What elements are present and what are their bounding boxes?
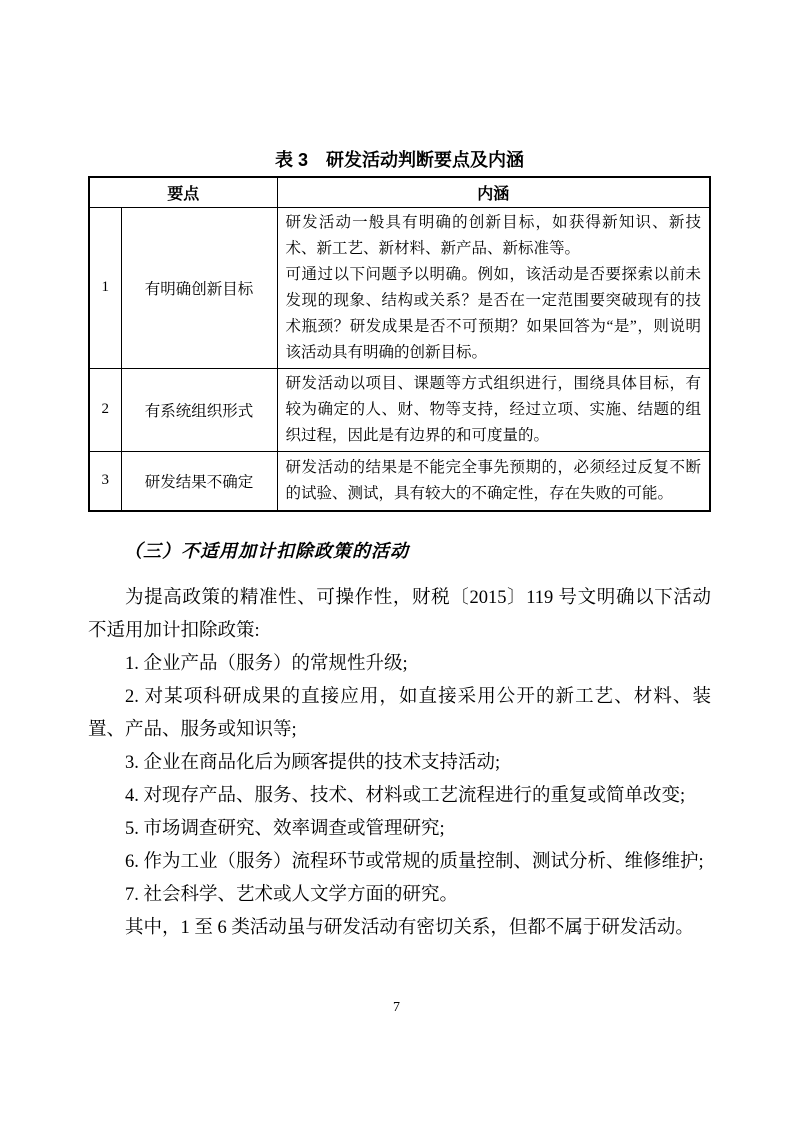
row-number: 1 <box>89 207 121 368</box>
page-content: 表 3 研发活动判断要点及内涵 要点 内涵 1 有明确创新目标 研发活动一般具有… <box>0 0 793 945</box>
closing-note: 其中，1 至 6 类活动虽与研发活动有密切关系，但都不属于研发活动。 <box>88 912 711 945</box>
list-item-2: 2. 对某项科研成果的直接应用，如直接采用公开的新工艺、材料、装置、产品、服务或… <box>88 681 711 747</box>
page-number: 7 <box>0 1000 793 1016</box>
row-number: 3 <box>89 451 121 511</box>
table-row: 1 有明确创新目标 研发活动一般具有明确的创新目标，如获得新知识、新技术、新工艺… <box>89 207 710 368</box>
row-connotation: 研发活动以项目、课题等方式组织进行，围绕具体目标，有较为确定的人、财、物等支持，… <box>277 368 710 451</box>
row-connotation: 研发活动的结果是不能完全事先预期的，必须经过反复不断的试验、测试，具有较大的不确… <box>277 451 710 511</box>
table-row: 2 有系统组织形式 研发活动以项目、课题等方式组织进行，围绕具体目标，有较为确定… <box>89 368 710 451</box>
row-keypoint: 研发结果不确定 <box>121 451 277 511</box>
list-item-5: 5. 市场调查研究、效率调查或管理研究; <box>88 813 711 846</box>
row-connotation: 研发活动一般具有明确的创新目标，如获得新知识、新技术、新工艺、新材料、新产品、新… <box>277 207 710 368</box>
row-keypoint: 有明确创新目标 <box>121 207 277 368</box>
list-item-4: 4. 对现存产品、服务、技术、材料或工艺流程进行的重复或简单改变; <box>88 780 711 813</box>
intro-paragraph: 为提高政策的精准性、可操作性，财税〔2015〕119 号文明确以下活动不适用加计… <box>88 582 711 648</box>
list-item-7: 7. 社会科学、艺术或人文学方面的研究。 <box>88 879 711 912</box>
table-header-keypoints: 要点 <box>89 177 277 207</box>
rd-activity-table: 要点 内涵 1 有明确创新目标 研发活动一般具有明确的创新目标，如获得新知识、新… <box>88 176 711 512</box>
section-heading: （三）不适用加计扣除政策的活动 <box>88 538 711 564</box>
table-row: 3 研发结果不确定 研发活动的结果是不能完全事先预期的，必须经过反复不断的试验、… <box>89 451 710 511</box>
table-header-connotation: 内涵 <box>277 177 710 207</box>
table-title: 表 3 研发活动判断要点及内涵 <box>88 148 711 172</box>
list-item-6: 6. 作为工业（服务）流程环节或常规的质量控制、测试分析、维修维护; <box>88 846 711 879</box>
list-item-1: 1. 企业产品（服务）的常规性升级; <box>88 648 711 681</box>
list-item-3: 3. 企业在商品化后为顾客提供的技术支持活动; <box>88 747 711 780</box>
document-page: 表 3 研发活动判断要点及内涵 要点 内涵 1 有明确创新目标 研发活动一般具有… <box>0 0 793 1122</box>
row-keypoint: 有系统组织形式 <box>121 368 277 451</box>
table-header-row: 要点 内涵 <box>89 177 710 207</box>
row-number: 2 <box>89 368 121 451</box>
